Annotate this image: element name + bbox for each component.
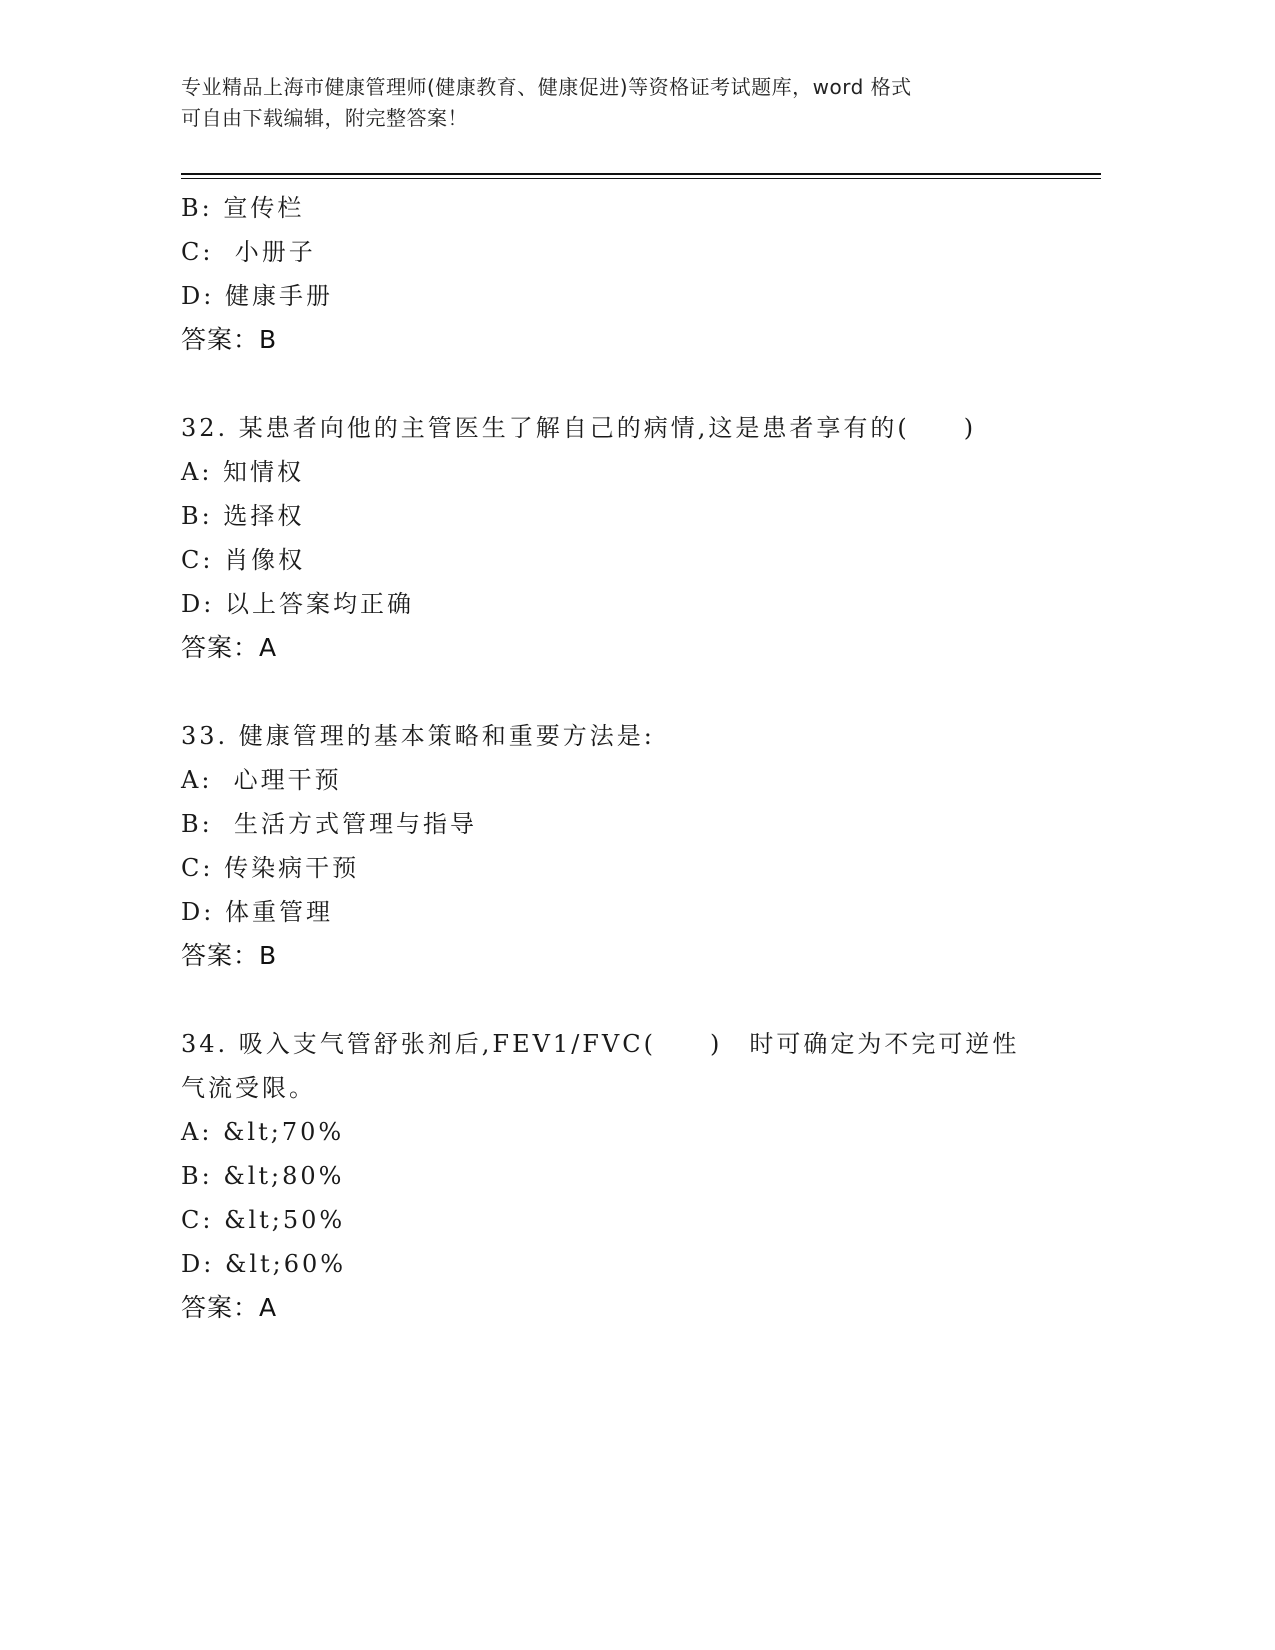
question-31-continuation: B: 宣传栏 C: 小册子 D: 健康手册 答案：B	[181, 186, 1081, 362]
option-c: C: 肖像权	[181, 538, 1081, 582]
spacer	[181, 362, 1081, 406]
question-stem: 33. 健康管理的基本策略和重要方法是:	[181, 714, 1081, 758]
question-33: 33. 健康管理的基本策略和重要方法是: A: 心理干预 B: 生活方式管理与指…	[181, 714, 1081, 978]
document-body: B: 宣传栏 C: 小册子 D: 健康手册 答案：B 32. 某患者向他的主管医…	[181, 186, 1081, 1330]
option-d: D: 体重管理	[181, 890, 1081, 934]
question-stem-line-1: 34. 吸入支气管舒张剂后,FEV1/FVC( ) 时可确定为不完可逆性	[181, 1022, 1081, 1066]
spacer	[181, 978, 1081, 1022]
header-rule-thick	[181, 173, 1101, 175]
header-line-2: 可自由下载编辑，附完整答案！	[181, 103, 1041, 134]
answer: 答案：B	[181, 934, 1081, 978]
option-b: B: 生活方式管理与指导	[181, 802, 1081, 846]
question-stem: 32. 某患者向他的主管医生了解自己的病情,这是患者享有的( )	[181, 406, 1081, 450]
option-b: B: &lt;80%	[181, 1154, 1081, 1198]
spacer	[181, 670, 1081, 714]
option-a: A: 心理干预	[181, 758, 1081, 802]
option-a: A: &lt;70%	[181, 1110, 1081, 1154]
option-c: C: 小册子	[181, 230, 1081, 274]
option-d: D: 健康手册	[181, 274, 1081, 318]
option-c: C: &lt;50%	[181, 1198, 1081, 1242]
question-34: 34. 吸入支气管舒张剂后,FEV1/FVC( ) 时可确定为不完可逆性 气流受…	[181, 1022, 1081, 1330]
answer: 答案：A	[181, 626, 1081, 670]
answer: 答案：B	[181, 318, 1081, 362]
option-a: A: 知情权	[181, 450, 1081, 494]
question-32: 32. 某患者向他的主管医生了解自己的病情,这是患者享有的( ) A: 知情权 …	[181, 406, 1081, 670]
option-b: B: 选择权	[181, 494, 1081, 538]
header-rule-thin	[181, 178, 1101, 179]
option-b: B: 宣传栏	[181, 186, 1081, 230]
question-stem-line-2: 气流受限。	[181, 1066, 1081, 1110]
option-d: D: 以上答案均正确	[181, 582, 1081, 626]
header-line-1: 专业精品上海市健康管理师(健康教育、健康促进)等资格证考试题库，word 格式	[181, 72, 1041, 103]
option-c: C: 传染病干预	[181, 846, 1081, 890]
document-header: 专业精品上海市健康管理师(健康教育、健康促进)等资格证考试题库，word 格式 …	[181, 72, 1041, 134]
option-d: D: &lt;60%	[181, 1242, 1081, 1286]
answer: 答案：A	[181, 1286, 1081, 1330]
